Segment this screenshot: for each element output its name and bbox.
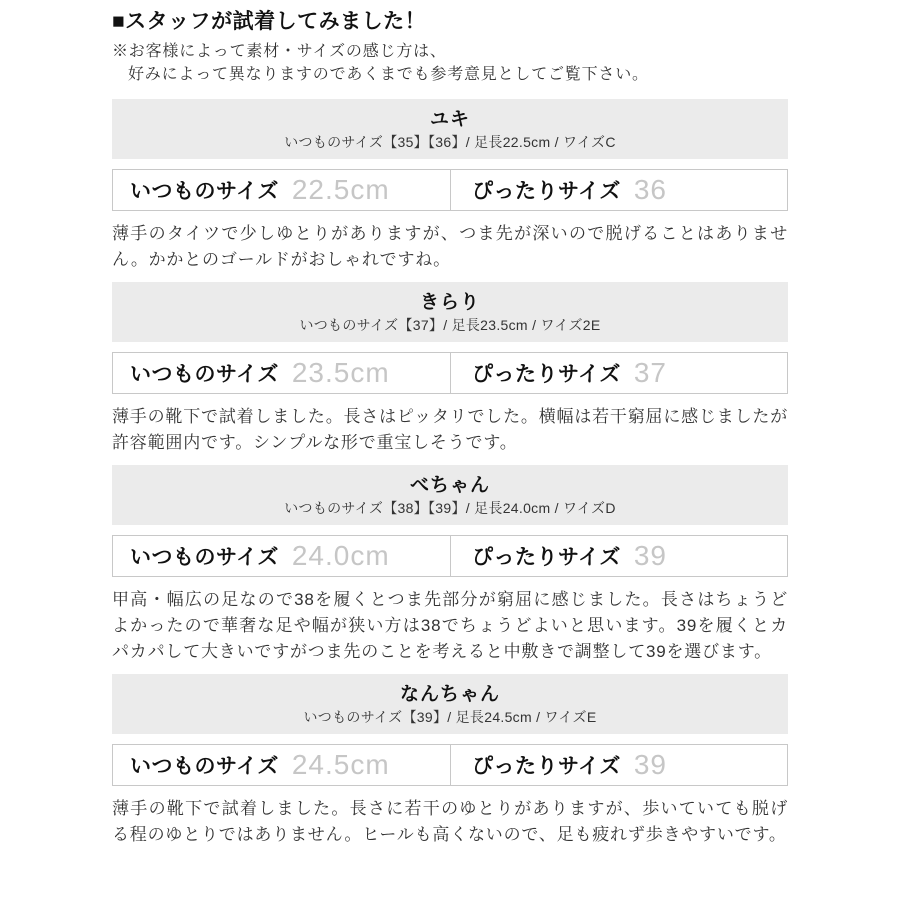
staff-card: ユキ いつものサイズ【35】【36】/ 足長22.5cm / ワイズC いつもの…: [112, 99, 788, 273]
fit-size-cell: ぴったりサイズ 36: [450, 170, 787, 210]
staff-header: なんちゃん いつものサイズ【39】/ 足長24.5cm / ワイズE: [112, 674, 788, 734]
staff-size-info: いつものサイズ【35】【36】/ 足長22.5cm / ワイズC: [112, 132, 788, 153]
staff-size-info: いつものサイズ【38】【39】/ 足長24.0cm / ワイズD: [112, 498, 788, 519]
fit-size-value: 39: [634, 749, 667, 781]
fit-size-value: 37: [634, 357, 667, 389]
fit-size-cell: ぴったりサイズ 39: [450, 745, 787, 785]
staff-comment: 薄手のタイツで少しゆとりがありますが、つま先が深いので脱げることはありません。か…: [112, 221, 788, 273]
staff-name: べちゃん: [112, 473, 788, 498]
staff-comment: 薄手の靴下で試着しました。長さに若干のゆとりがありますが、歩いていても脱げる程の…: [112, 796, 788, 848]
size-table: いつものサイズ 22.5cm ぴったりサイズ 36: [112, 169, 788, 211]
staff-header: べちゃん いつものサイズ【38】【39】/ 足長24.0cm / ワイズD: [112, 465, 788, 525]
usual-size-value: 24.5cm: [292, 749, 390, 781]
disclaimer-note: ※お客様によって素材・サイズの感じ方は、 好みによって異なりますのであくまでも参…: [112, 40, 788, 86]
usual-size-value: 24.0cm: [292, 540, 390, 572]
usual-size-value: 23.5cm: [292, 357, 390, 389]
staff-name: ユキ: [112, 107, 788, 132]
usual-size-label: いつものサイズ: [130, 541, 279, 571]
fit-size-value: 39: [634, 540, 667, 572]
fit-size-cell: ぴったりサイズ 37: [450, 353, 787, 393]
disclaimer-note-line2: 好みによって異なりますのであくまでも参考意見としてご覧下さい。: [112, 66, 649, 83]
size-table: いつものサイズ 23.5cm ぴったりサイズ 37: [112, 352, 788, 394]
staff-size-info: いつものサイズ【39】/ 足長24.5cm / ワイズE: [112, 707, 788, 728]
size-table: いつものサイズ 24.0cm ぴったりサイズ 39: [112, 535, 788, 577]
staff-comment: 甲高・幅広の足なので38を履くとつま先部分が窮屈に感じました。長さはちょうどよか…: [112, 587, 788, 665]
usual-size-cell: いつものサイズ 23.5cm: [113, 353, 450, 393]
staff-card: なんちゃん いつものサイズ【39】/ 足長24.5cm / ワイズE いつものサ…: [112, 674, 788, 848]
fit-size-label: ぴったりサイズ: [472, 175, 621, 205]
fit-size-label: ぴったりサイズ: [472, 541, 621, 571]
staff-name: なんちゃん: [112, 682, 788, 707]
page-title: ■スタッフが試着してみました！: [112, 10, 788, 34]
staff-name: きらり: [112, 290, 788, 315]
staff-card: きらり いつものサイズ【37】/ 足長23.5cm / ワイズ2E いつものサイ…: [112, 282, 788, 456]
tryon-review-section: ■スタッフが試着してみました！ ※お客様によって素材・サイズの感じ方は、 好みに…: [112, 0, 788, 848]
fit-size-cell: ぴったりサイズ 39: [450, 536, 787, 576]
staff-header: きらり いつものサイズ【37】/ 足長23.5cm / ワイズ2E: [112, 282, 788, 342]
staff-header: ユキ いつものサイズ【35】【36】/ 足長22.5cm / ワイズC: [112, 99, 788, 159]
fit-size-label: ぴったりサイズ: [472, 750, 621, 780]
usual-size-cell: いつものサイズ 22.5cm: [113, 170, 450, 210]
usual-size-label: いつものサイズ: [130, 358, 279, 388]
usual-size-label: いつものサイズ: [130, 750, 279, 780]
usual-size-cell: いつものサイズ 24.0cm: [113, 536, 450, 576]
disclaimer-note-line1: ※お客様によって素材・サイズの感じ方は、: [112, 43, 447, 60]
usual-size-value: 22.5cm: [292, 174, 390, 206]
staff-comment: 薄手の靴下で試着しました。長さはピッタリでした。横幅は若干窮屈に感じましたが許容…: [112, 404, 788, 456]
usual-size-cell: いつものサイズ 24.5cm: [113, 745, 450, 785]
usual-size-label: いつものサイズ: [130, 175, 279, 205]
fit-size-label: ぴったりサイズ: [472, 358, 621, 388]
fit-size-value: 36: [634, 174, 667, 206]
staff-card: べちゃん いつものサイズ【38】【39】/ 足長24.0cm / ワイズD いつ…: [112, 465, 788, 665]
staff-size-info: いつものサイズ【37】/ 足長23.5cm / ワイズ2E: [112, 315, 788, 336]
size-table: いつものサイズ 24.5cm ぴったりサイズ 39: [112, 744, 788, 786]
